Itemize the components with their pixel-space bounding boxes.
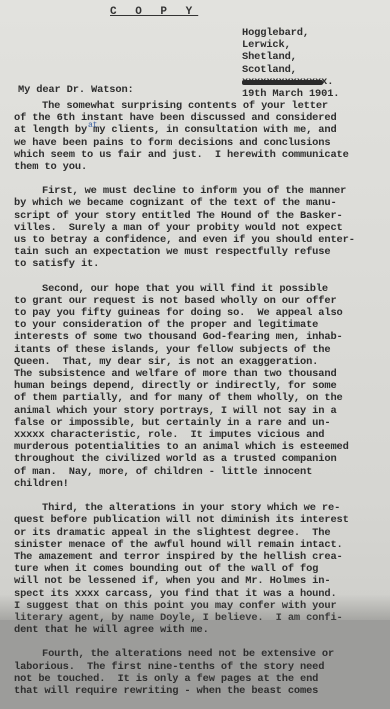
text-line: Queen. That, my dear sir, is not an exag… <box>14 356 390 368</box>
text-line: them to you. <box>14 161 390 173</box>
text-line: First, we must decline to inform you of … <box>14 185 390 197</box>
text-line: Third, the alterations in your story whi… <box>14 502 390 514</box>
paragraph-opening: at The somewhat surprising contents of y… <box>14 100 390 173</box>
text-line: human beings depend, directly or indirec… <box>14 380 390 392</box>
text-line: to grant our request is not based wholly… <box>14 295 390 307</box>
paragraph-first: First, we must decline to inform you of … <box>14 185 390 270</box>
letter-body: at The somewhat surprising contents of y… <box>14 100 390 620</box>
sender-address: Hogglebard, Lerwick, Shetland, Scotland,… <box>242 27 339 100</box>
paragraph-third: Third, the alterations in your story whi… <box>14 502 390 620</box>
text-line: to your consideration of the proper and … <box>14 319 390 331</box>
text-line: The amazement and terror inspired by the… <box>14 551 390 563</box>
typewritten-letter-page: C O P Y Hogglebard, Lerwick, Shetland, S… <box>0 0 390 620</box>
text-line: murderous potentialities to an animal wh… <box>14 441 390 453</box>
salutation: My dear Dr. Watson: <box>18 84 134 96</box>
text-line: interests of some two thousand God-feari… <box>14 331 390 343</box>
text-line: The somewhat surprising contents of your… <box>14 100 390 112</box>
text-line: we have been pains to form decisions and… <box>14 137 390 149</box>
text-line: I suggest that on this point you may con… <box>14 600 390 612</box>
text-line: us to betray a confidence, and even if y… <box>14 234 390 246</box>
text-line: quest before publication will not dimini… <box>14 514 390 526</box>
text-line: false or impossible, but certainly in a … <box>14 417 390 429</box>
text-line: The subsistence and welfare of more than… <box>14 368 390 380</box>
text-line: of man. Nay, more, of children - little … <box>14 466 390 478</box>
copy-heading: C O P Y <box>110 6 198 18</box>
text-line: to pay you fifty guineas for doing so. W… <box>14 307 390 319</box>
text-line: of them partially, and for many of them … <box>14 392 390 404</box>
text-line: to satisfy it. <box>14 258 390 270</box>
text-line: of the 6th instant have been discussed a… <box>14 112 390 124</box>
letter-date: 19th March 1901. <box>242 88 339 100</box>
address-line: Scotland, <box>242 64 339 76</box>
text-line: itants of these islands, your fellow sub… <box>14 344 390 356</box>
text-line: which seem to us fair and just. I herewi… <box>14 149 390 161</box>
text-line: xxxxx characteristic, role. It imputes v… <box>14 429 390 441</box>
text-line: sinister menace of the awful hound will … <box>14 539 390 551</box>
text-line: literary agent, by name Doyle, I believe… <box>14 612 390 620</box>
text-line: by which we became cognizant of the text… <box>14 197 390 209</box>
text-line: children! <box>14 478 390 490</box>
text-line: villes. Surely a man of your probity wou… <box>14 222 390 234</box>
address-line: Hogglebard, <box>242 27 339 39</box>
text-line: Second, our hope that you will find it p… <box>14 283 390 295</box>
text-line: tain such an expectation we must respect… <box>14 246 390 258</box>
address-line: Shetland, <box>242 51 339 63</box>
text-line: or its dramatic appeal in the slightest … <box>14 527 390 539</box>
text-line: animal which your story portrays, I will… <box>14 405 390 417</box>
address-line: Lerwick, <box>242 39 339 51</box>
text-line: at length by my clients, in consultation… <box>14 124 390 136</box>
struck-out-line: xxxxxxxxxxxxxx <box>242 76 327 88</box>
text-line: will not be lessened if, when you and Mr… <box>14 575 390 587</box>
text-line: throughout the civilized world as a trus… <box>14 453 390 465</box>
handwritten-insertion: at <box>88 120 97 132</box>
text-line: spect its xxxx carcass, you find that it… <box>14 588 390 600</box>
text-line: ture when it comes bounding out of the w… <box>14 563 390 575</box>
paragraph-second: Second, our hope that you will find it p… <box>14 283 390 490</box>
text-line: script of your story entitled The Hound … <box>14 210 390 222</box>
